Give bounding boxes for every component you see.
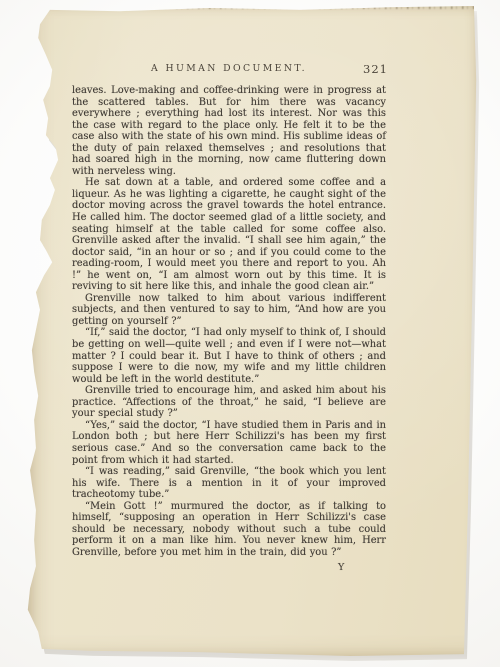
page-number: 321: [363, 62, 388, 76]
paragraph: “Mein Gott !” murmured the doctor, as if…: [72, 501, 386, 559]
book-page: A HUMAN DOCUMENT. 321 leaves. Love-makin…: [26, 6, 478, 658]
paragraph: leaves. Love-making and coffee-drinking …: [72, 85, 386, 177]
paragraph: Grenville now talked to him about variou…: [72, 293, 386, 328]
running-header: A HUMAN DOCUMENT. 321: [72, 63, 386, 77]
paragraph: “I was reading,” said Grenville, “the bo…: [72, 466, 386, 501]
paragraph: “Yes,” said the doctor, “I have studied …: [72, 420, 386, 466]
paragraph: He sat down at a table, and ordered some…: [72, 177, 386, 292]
paragraph: “If,” said the doctor, “I had only mysel…: [72, 327, 386, 385]
scan-background: A HUMAN DOCUMENT. 321 leaves. Love-makin…: [0, 0, 500, 667]
signature-mark: Y: [72, 562, 386, 573]
page-content: A HUMAN DOCUMENT. 321 leaves. Love-makin…: [72, 63, 386, 573]
header-title: A HUMAN DOCUMENT.: [72, 63, 386, 74]
body-text: leaves. Love-making and coffee-drinking …: [72, 85, 386, 558]
paragraph: Grenville tried to encourage him, and as…: [72, 385, 386, 420]
